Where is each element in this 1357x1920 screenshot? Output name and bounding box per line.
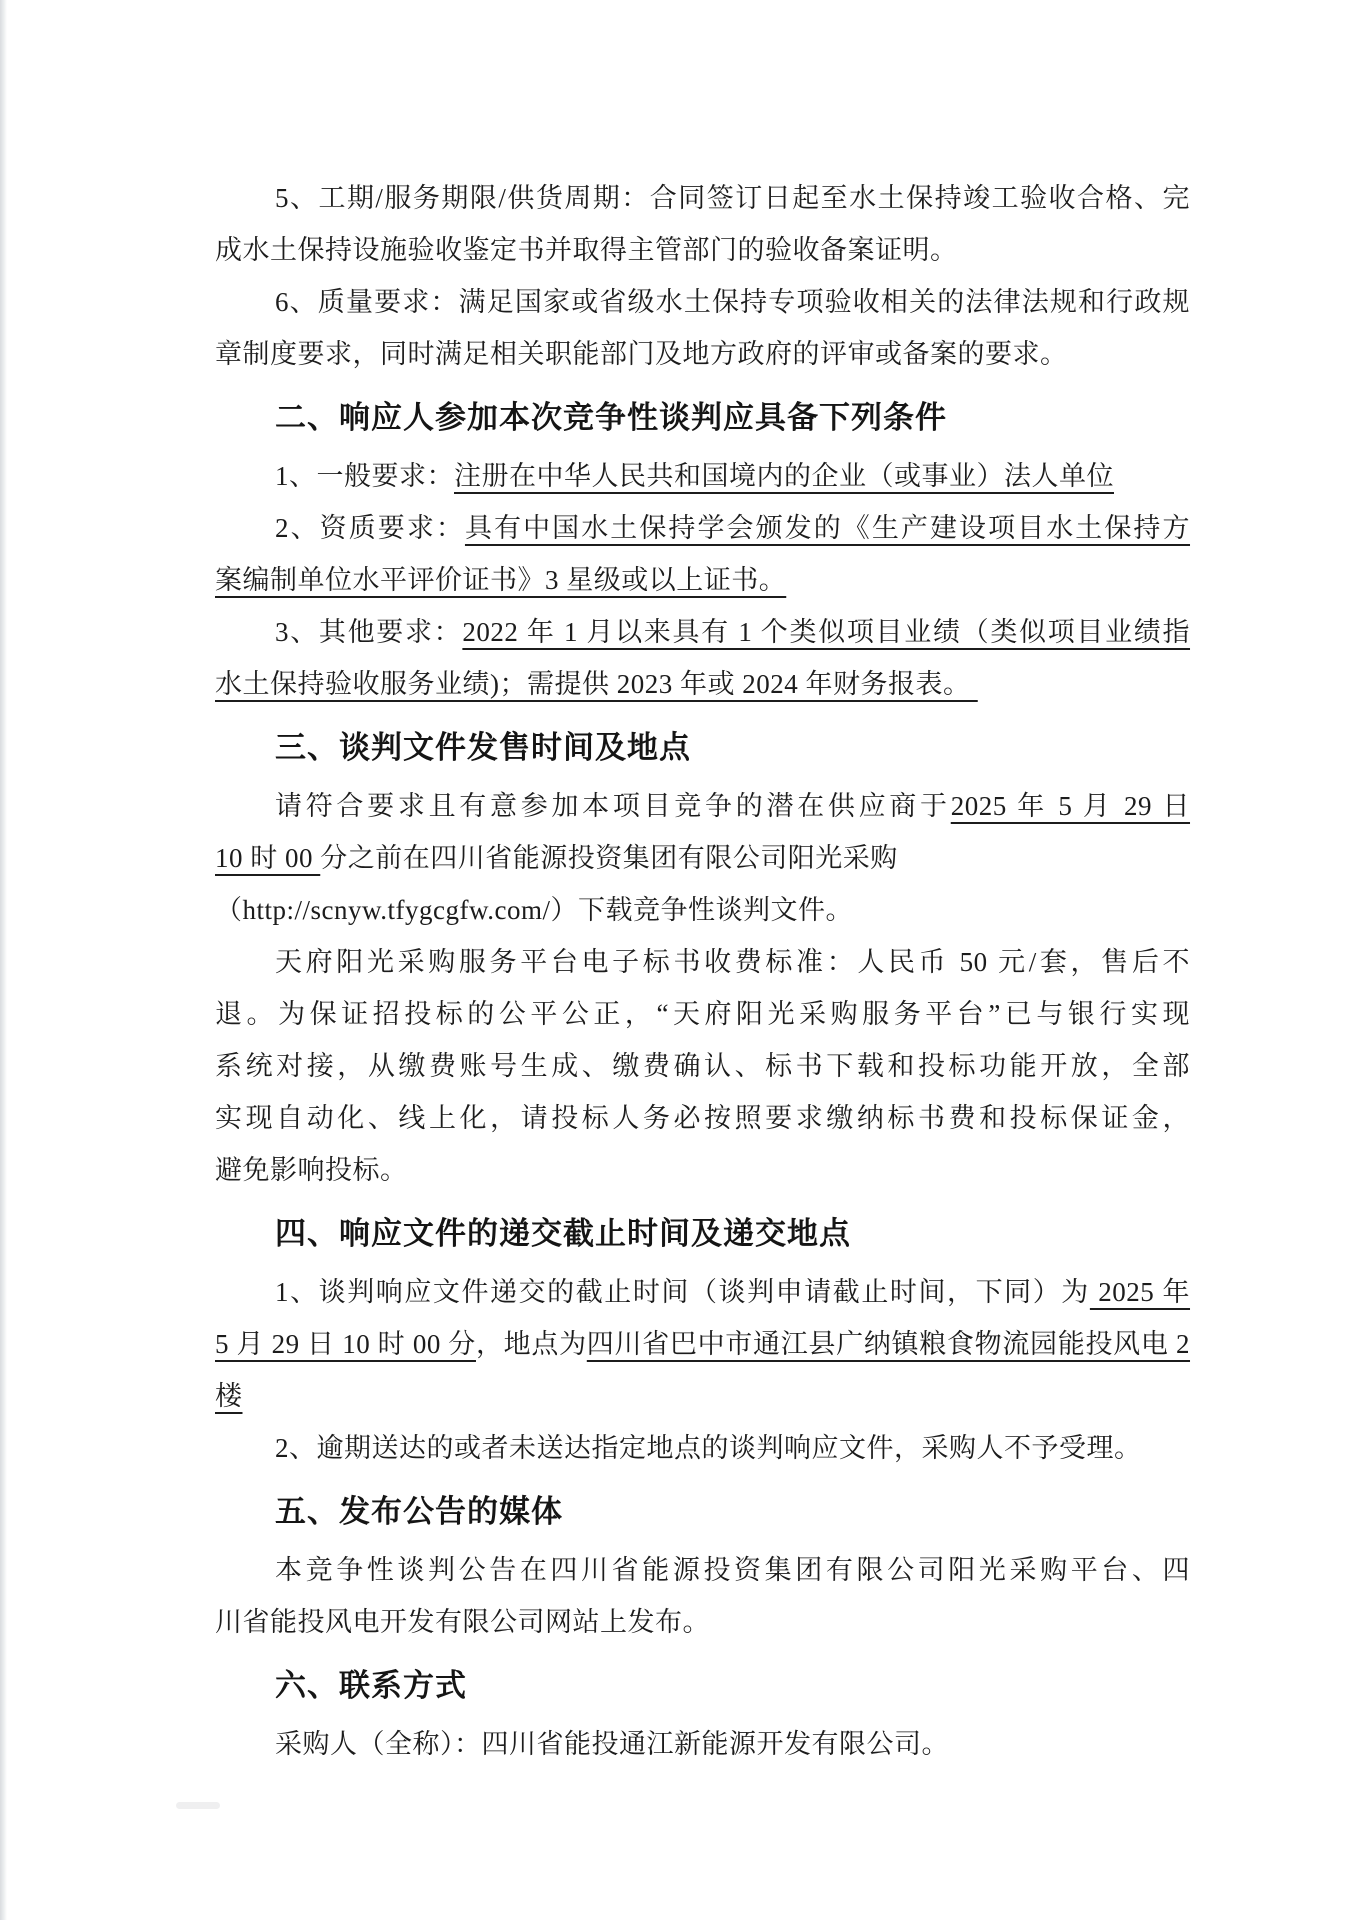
text-segment: 3、其他要求：	[275, 617, 462, 647]
text-segment: 成水土保持设施验收鉴定书并取得主管部门的验收备案证明。	[215, 235, 958, 265]
text-line: 1、谈判响应文件递交的截止时间（谈判申请截止时间，下同）为 2025 年	[215, 1266, 1190, 1318]
section-heading: 五、发布公告的媒体	[215, 1484, 1190, 1540]
text-segment: 5、工期/服务期限/供货周期：合同签订日起至水土保持竣工验收合格、完	[275, 183, 1190, 213]
text-line: 楼	[215, 1370, 1190, 1422]
text-segment: 章制度要求，同时满足相关职能部门及地方政府的评审或备案的要求。	[215, 339, 1068, 369]
text-segment: （http://scnyw.tfygcgfw.com/）下载竞争性谈判文件。	[215, 895, 853, 925]
document-page: 5、工期/服务期限/供货周期：合同签订日起至水土保持竣工验收合格、完成水土保持设…	[0, 0, 1357, 1920]
text-line: 水土保持验收服务业绩)；需提供 2023 年或 2024 年财务报表。	[215, 658, 1190, 710]
text-segment: 1、一般要求：	[275, 461, 454, 491]
text-line: 案编制单位水平评价证书》3 星级或以上证书。	[215, 554, 1190, 606]
text-segment: 五、发布公告的媒体	[275, 1494, 563, 1529]
text-line: 实现自动化、线上化，请投标人务必按照要求缴纳标书费和投标保证金，	[215, 1092, 1190, 1144]
underlined-text: 具有中国水土保持学会颁发的《生产建设项目水土保持方	[465, 513, 1190, 543]
text-line: 2、资质要求：具有中国水土保持学会颁发的《生产建设项目水土保持方	[215, 502, 1190, 554]
text-line: 系统对接，从缴费账号生成、缴费确认、标书下载和投标功能开放，全部	[215, 1040, 1190, 1092]
text-line: 5 月 29 日 10 时 00 分，地点为四川省巴中市通江县广纳镇粮食物流园能…	[215, 1318, 1190, 1370]
section-heading: 六、联系方式	[215, 1658, 1190, 1714]
text-segment: 二、响应人参加本次竞争性谈判应具备下列条件	[275, 400, 947, 435]
underlined-text: 10 时 00	[215, 843, 320, 873]
text-line: 6、质量要求：满足国家或省级水土保持专项验收相关的法律法规和行政规	[215, 276, 1190, 328]
text-line: 5、工期/服务期限/供货周期：合同签订日起至水土保持竣工验收合格、完	[215, 172, 1190, 224]
text-segment: 天府阳光采购服务平台电子标书收费标准：人民币 50 元/套，售后不	[275, 947, 1190, 977]
section-heading: 三、谈判文件发售时间及地点	[215, 720, 1190, 776]
text-segment: 1、谈判响应文件递交的截止时间（谈判申请截止时间，下同）为	[275, 1277, 1090, 1307]
underlined-text: 水土保持验收服务业绩)；需提供 2023 年或 2024 年财务报表。	[215, 669, 978, 699]
text-segment: 实现自动化、线上化，请投标人务必按照要求缴纳标书费和投标保证金，	[215, 1103, 1190, 1133]
text-segment: 本竞争性谈判公告在四川省能源投资集团有限公司阳光采购平台、四	[275, 1555, 1190, 1585]
text-segment: 六、联系方式	[275, 1668, 467, 1703]
text-line: 天府阳光采购服务平台电子标书收费标准：人民币 50 元/套，售后不	[215, 936, 1190, 988]
underlined-text: 楼	[215, 1381, 243, 1411]
text-line: 10 时 00 分之前在四川省能源投资集团有限公司阳光采购	[215, 832, 1190, 884]
text-line: 采购人（全称）：四川省能投通江新能源开发有限公司。	[215, 1718, 1190, 1770]
text-line: 本竞争性谈判公告在四川省能源投资集团有限公司阳光采购平台、四	[215, 1544, 1190, 1596]
text-line: 请符合要求且有意参加本项目竞争的潜在供应商于2025 年 5 月 29 日	[215, 780, 1190, 832]
text-line: 章制度要求，同时满足相关职能部门及地方政府的评审或备案的要求。	[215, 328, 1190, 380]
text-segment: 6、质量要求：满足国家或省级水土保持专项验收相关的法律法规和行政规	[275, 287, 1190, 317]
underlined-text: 2022 年 1 月以来具有 1 个类似项目业绩（类似项目业绩指	[462, 617, 1190, 647]
text-segment: 退。为保证招投标的公平公正，“天府阳光采购服务平台”已与银行实现	[215, 999, 1190, 1029]
text-line: 1、一般要求：注册在中华人民共和国境内的企业（或事业）法人单位	[215, 450, 1190, 502]
text-line: 川省能投风电开发有限公司网站上发布。	[215, 1596, 1190, 1648]
text-segment: 请符合要求且有意参加本项目竞争的潜在供应商于	[275, 791, 951, 821]
text-line: 3、其他要求：2022 年 1 月以来具有 1 个类似项目业绩（类似项目业绩指	[215, 606, 1190, 658]
text-segment: 2、资质要求：	[275, 513, 465, 543]
scan-artifact	[176, 1802, 220, 1809]
text-segment: 2、逾期送达的或者未送达指定地点的谈判响应文件，采购人不予受理。	[275, 1433, 1142, 1463]
text-segment: 四、响应文件的递交截止时间及递交地点	[275, 1216, 851, 1251]
text-line: 成水土保持设施验收鉴定书并取得主管部门的验收备案证明。	[215, 224, 1190, 276]
underlined-text: 2025 年 5 月 29 日	[951, 791, 1190, 821]
text-segment: ，地点为	[476, 1329, 587, 1359]
text-segment: 采购人（全称）：四川省能投通江新能源开发有限公司。	[275, 1729, 949, 1759]
text-segment: 系统对接，从缴费账号生成、缴费确认、标书下载和投标功能开放，全部	[215, 1051, 1190, 1081]
underlined-text: 注册在中华人民共和国境内的企业（或事业）法人单位	[454, 461, 1114, 491]
text-segment: 三、谈判文件发售时间及地点	[275, 730, 691, 765]
document-body: 5、工期/服务期限/供货周期：合同签订日起至水土保持竣工验收合格、完成水土保持设…	[215, 172, 1190, 1770]
text-segment: 川省能投风电开发有限公司网站上发布。	[215, 1607, 710, 1637]
underlined-text: 5 月 29 日 10 时 00 分	[215, 1329, 476, 1359]
underlined-text: 案编制单位水平评价证书》3 星级或以上证书。	[215, 565, 786, 595]
section-heading: 四、响应文件的递交截止时间及递交地点	[215, 1206, 1190, 1262]
text-line: 避免影响投标。	[215, 1144, 1190, 1196]
text-line: 退。为保证招投标的公平公正，“天府阳光采购服务平台”已与银行实现	[215, 988, 1190, 1040]
text-segment: 避免影响投标。	[215, 1155, 408, 1185]
text-line: 2、逾期送达的或者未送达指定地点的谈判响应文件，采购人不予受理。	[215, 1422, 1190, 1474]
text-line: （http://scnyw.tfygcgfw.com/）下载竞争性谈判文件。	[215, 884, 1190, 936]
underlined-text: 四川省巴中市通江县广纳镇粮食物流园能投风电 2	[587, 1329, 1190, 1359]
section-heading: 二、响应人参加本次竞争性谈判应具备下列条件	[215, 390, 1190, 446]
scan-left-edge	[0, 0, 7, 1920]
underlined-text: 2025 年	[1090, 1277, 1190, 1307]
text-segment: 分之前在四川省能源投资集团有限公司阳光采购	[320, 843, 898, 873]
